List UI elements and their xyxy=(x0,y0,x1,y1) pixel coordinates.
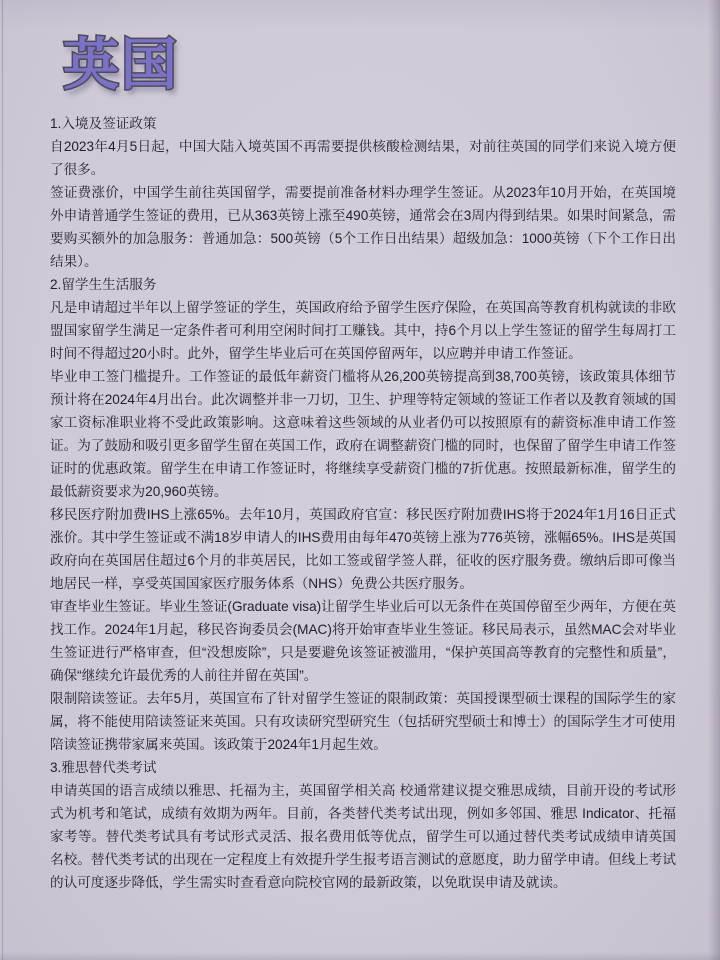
paragraph: 限制陪读签证。去年5月，英国宣布了针对留学生签证的限制政策：英国授课型硕士课程的… xyxy=(50,687,676,756)
section-entry-visa-policy: 1.入境及签证政策 自2023年4月5日起，中国大陆入境英国不再需要提供核酸检测… xyxy=(50,112,676,273)
paragraph: 毕业申工签门槛提升。工作签证的最低年薪资门槛将从26,200英镑提高到38,70… xyxy=(50,365,676,503)
paragraph: 移民医疗附加费IHS上涨65%。去年10月，英国政府官宣：移民医疗附加费IHS将… xyxy=(50,503,676,595)
document-page: 英国 1.入境及签证政策 自2023年4月5日起，中国大陆入境英国不再需要提供核… xyxy=(0,0,720,960)
section-heading: 2.留学生生活服务 xyxy=(50,273,676,296)
paragraph: 签证费涨价，中国学生前往英国留学，需要提前准备材料办理学生签证。从2023年10… xyxy=(50,181,676,273)
page-left-edge-line xyxy=(2,0,3,960)
page-bottom-edge-shading xyxy=(0,952,720,960)
section-student-life-services: 2.留学生生活服务 凡是申请超过半年以上留学签证的学生，英国政府给予留学生医疗保… xyxy=(50,273,676,756)
page-top-shading xyxy=(0,0,720,30)
document-body: 1.入境及签证政策 自2023年4月5日起，中国大陆入境英国不再需要提供核酸检测… xyxy=(50,112,676,894)
paragraph: 自2023年4月5日起，中国大陆入境英国不再需要提供核酸检测结果，对前往英国的同… xyxy=(50,135,676,181)
section-heading: 3.雅思替代类考试 xyxy=(50,756,676,779)
paragraph: 审查毕业生签证。毕业生签证(Graduate visa)让留学生毕业后可以无条件… xyxy=(50,595,676,687)
paragraph: 申请英国的语言成绩以雅思、托福为主，英国留学相关高 校通常建议提交雅思成绩，目前… xyxy=(50,779,676,894)
page-title: 英国 xyxy=(63,34,179,96)
section-ielts-alternative-tests: 3.雅思替代类考试 申请英国的语言成绩以雅思、托福为主，英国留学相关高 校通常建… xyxy=(50,756,676,894)
page-right-edge-shading xyxy=(708,0,720,960)
paragraph: 凡是申请超过半年以上留学签证的学生，英国政府给予留学生医疗保险，在英国高等教育机… xyxy=(50,296,676,365)
section-heading: 1.入境及签证政策 xyxy=(50,112,676,135)
